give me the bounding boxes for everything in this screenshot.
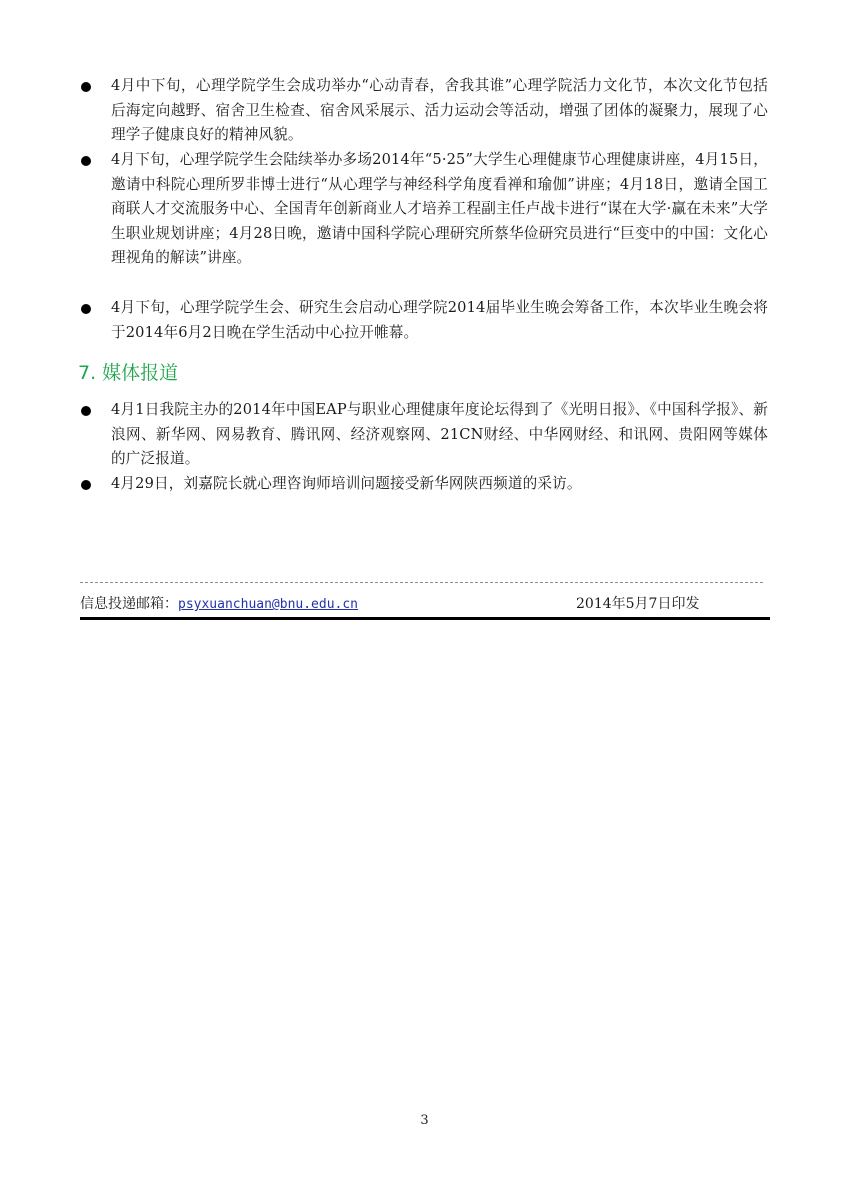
list-item-text: 4月下旬，心理学院学生会陆续举办多场2014年“5·25”大学生心理健康节心理健…: [111, 148, 768, 271]
dashed-divider: [80, 582, 763, 583]
footer-divider: [80, 617, 770, 620]
list-item: 4月下旬，心理学院学生会、研究生会启动心理学院2014届毕业生晚会筹备工作，本次…: [80, 296, 770, 345]
bullet-icon: [81, 82, 91, 92]
list-item: 4月1日我院主办的2014年中国EAP与职业心理健康年度论坛得到了《光明日报》、…: [80, 398, 770, 472]
email-label: 信息投递邮箱：: [80, 596, 178, 612]
bullet-icon: [81, 406, 91, 416]
email-link[interactable]: psyxuanchuan@bnu.edu.cn: [178, 597, 358, 612]
bullet-icon: [81, 156, 91, 166]
list-item: 4月中下旬，心理学院学生会成功举办“心动青春，舍我其谁”心理学院活力文化节，本次…: [80, 74, 770, 148]
list-item-text: 4月29日，刘嘉院长就心理咨询师培训问题接受新华网陕西频道的采访。: [111, 472, 768, 497]
bullet-icon: [81, 480, 91, 490]
list-item-text: 4月下旬，心理学院学生会、研究生会启动心理学院2014届毕业生晚会筹备工作，本次…: [111, 296, 768, 345]
document-page: 4月中下旬，心理学院学生会成功举办“心动青春，舍我其谁”心理学院活力文化节，本次…: [0, 0, 849, 1200]
section-heading-media: 7. 媒体报道: [78, 360, 178, 386]
list-item-text: 4月中下旬，心理学院学生会成功举办“心动青春，舍我其谁”心理学院活力文化节，本次…: [111, 74, 768, 148]
list-item: 4月下旬，心理学院学生会陆续举办多场2014年“5·25”大学生心理健康节心理健…: [80, 148, 770, 271]
bullet-icon: [81, 304, 91, 314]
footer: 信息投递邮箱：psyxuanchuan@bnu.edu.cn 2014年5月7日…: [80, 594, 770, 615]
list-item-text: 4月1日我院主办的2014年中国EAP与职业心理健康年度论坛得到了《光明日报》、…: [111, 398, 768, 472]
issue-date: 2014年5月7日印发: [576, 594, 699, 614]
page-number: 3: [0, 1113, 849, 1128]
list-item: 4月29日，刘嘉院长就心理咨询师培训问题接受新华网陕西频道的采访。: [80, 472, 770, 497]
